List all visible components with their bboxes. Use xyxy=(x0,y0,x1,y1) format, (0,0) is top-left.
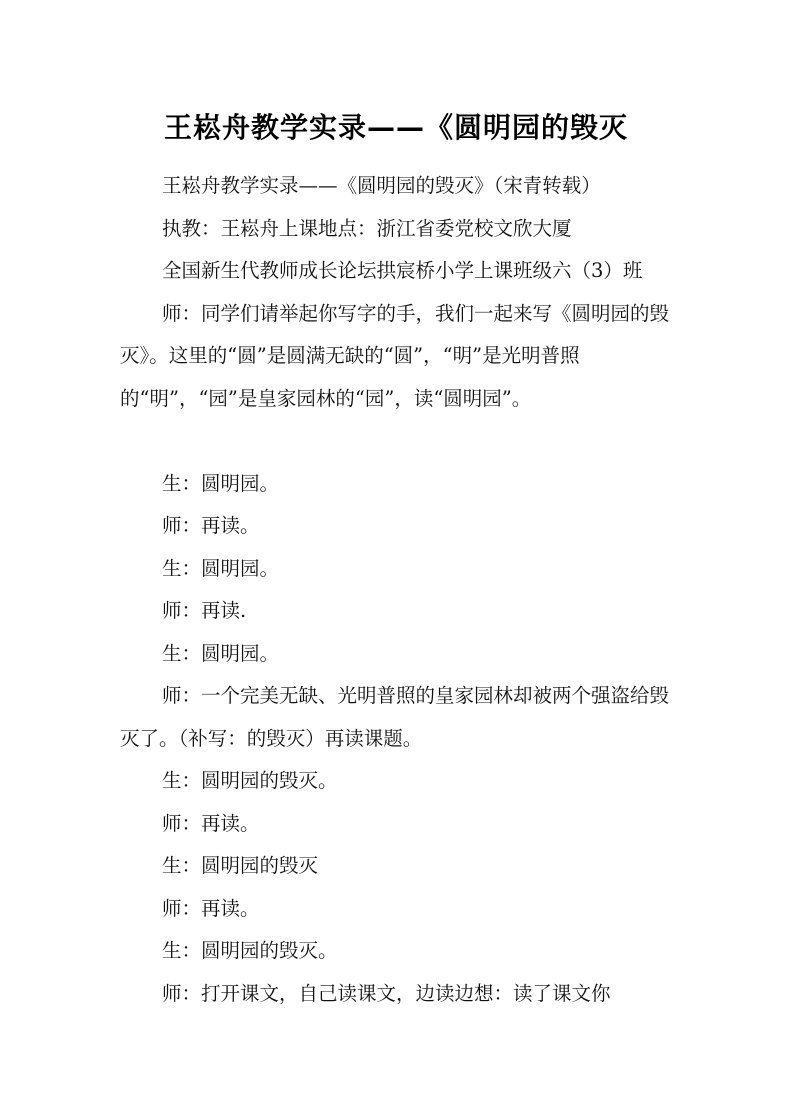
paragraph-source: 王崧舟教学实录——《圆明园的毁灭》（宋青转载） xyxy=(120,165,672,208)
paragraph-dialogue: 生：圆明园。 xyxy=(120,463,672,506)
document-title: 王崧舟教学实录——《圆明园的毁灭 xyxy=(0,106,792,146)
paragraph-dialogue: 师：再读。 xyxy=(120,888,672,931)
paragraph-dialogue: 师：再读. xyxy=(120,590,672,633)
paragraph-dialogue: 师：打开课文，自己读课文，边读边想：读了课文你 xyxy=(120,973,672,1016)
paragraph-dialogue: 师：一个完美无缺、光明普照的皇家园林却被两个强盗给毁灭了。（补写：的毁灭）再读课… xyxy=(120,675,672,760)
document-body: 王崧舟教学实录——《圆明园的毁灭》（宋青转载） 执教：王崧舟上课地点：浙江省委党… xyxy=(120,165,672,1015)
document-page: 王崧舟教学实录——《圆明园的毁灭 王崧舟教学实录——《圆明园的毁灭》（宋青转载）… xyxy=(0,0,792,1120)
paragraph-dialogue: 师：同学们请举起你写字的手，我们一起来写《圆明园的毁灭》。这里的“圆”是圆满无缺… xyxy=(120,293,672,421)
paragraph-dialogue: 生：圆明园的毁灭。 xyxy=(120,930,672,973)
paragraph-dialogue: 生：圆明园。 xyxy=(120,633,672,676)
paragraph-dialogue: 生：圆明园。 xyxy=(120,548,672,591)
paragraph-dialogue: 生：圆明园的毁灭 xyxy=(120,845,672,888)
paragraph-dialogue: 生：圆明园的毁灭。 xyxy=(120,760,672,803)
paragraph-teacher-location: 执教：王崧舟上课地点：浙江省委党校文欣大厦 xyxy=(120,208,672,251)
paragraph-forum-class: 全国新生代教师成长论坛拱宸桥小学上课班级六（3）班 xyxy=(120,250,672,293)
paragraph-dialogue: 师：再读。 xyxy=(120,505,672,548)
paragraph-dialogue: 师：再读。 xyxy=(120,803,672,846)
blank-line xyxy=(120,420,672,463)
